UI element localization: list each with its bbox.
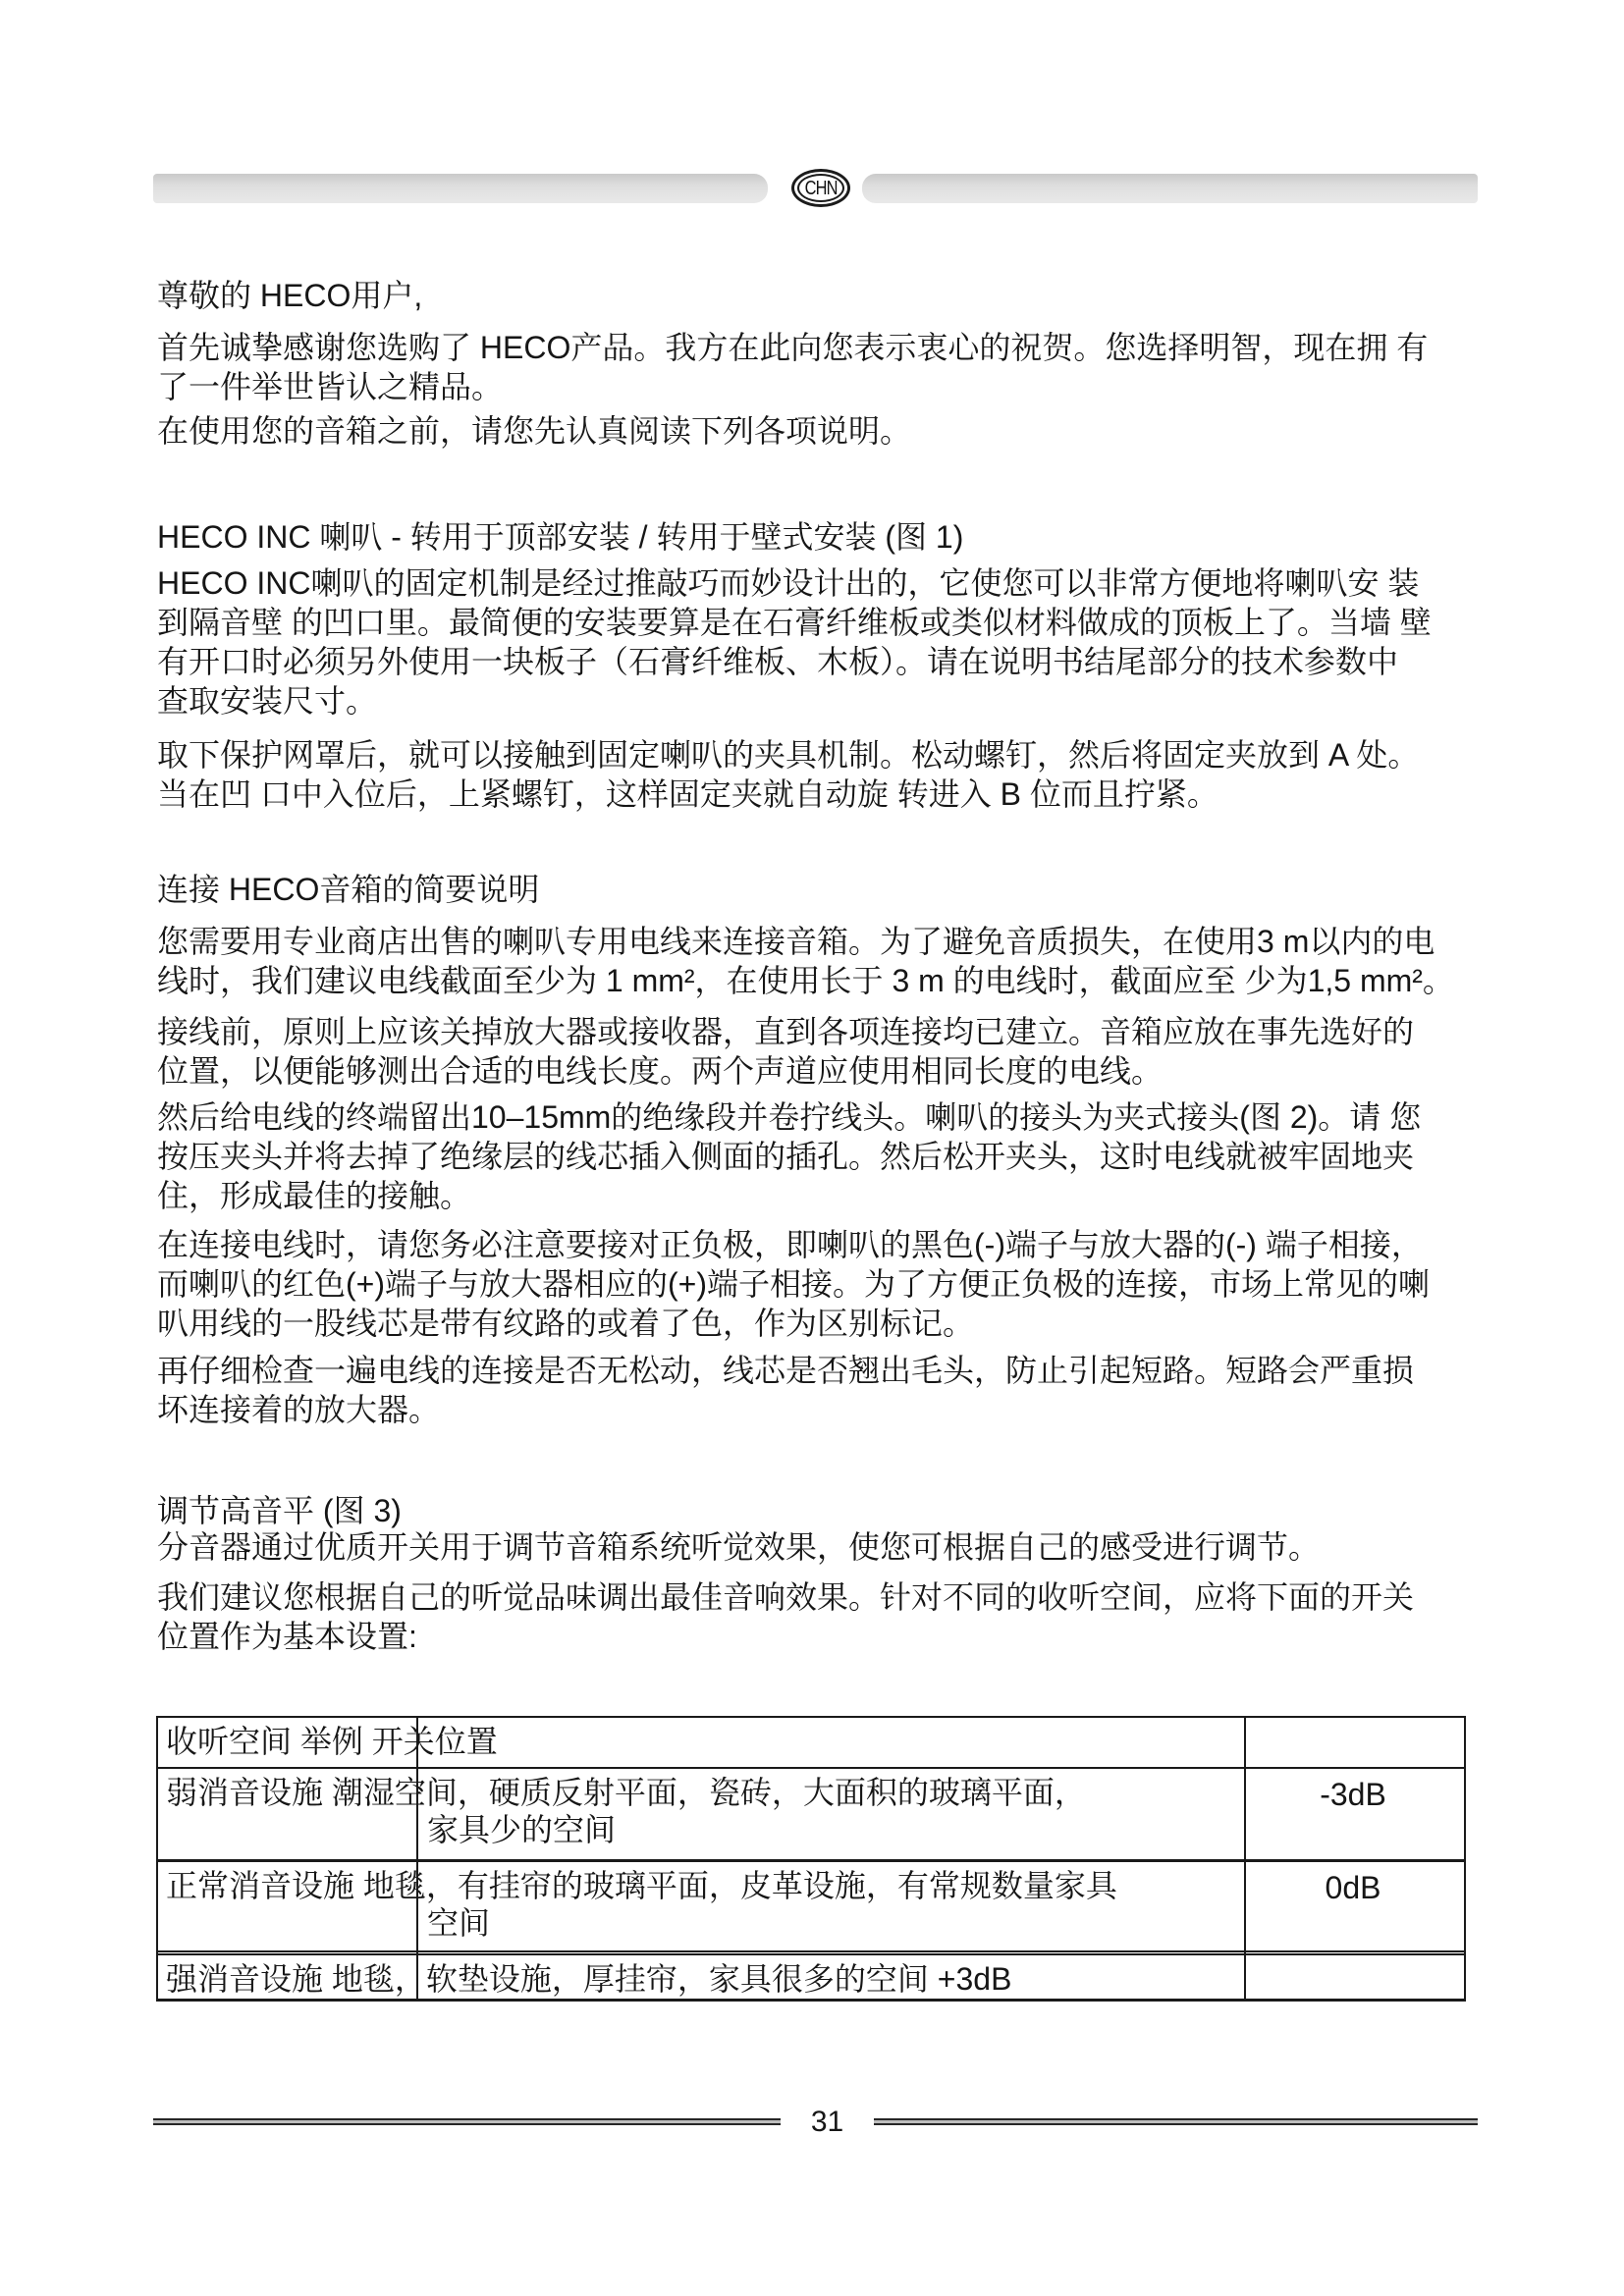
table-row: 正常消音设施 地毯，有挂帘的玻璃平面，皮革设施，有常规数量家具 空间 0dB (158, 1862, 1464, 1955)
connect-paragraph-3: 然后给电线的终端留出10–15mm的绝缘段并卷拧线头。喇叭的接头为夹式接头(图 … (157, 1097, 1492, 1215)
treble-section-heading: 调节高音平 (图 3) (157, 1491, 1492, 1530)
header-rule-left (153, 174, 768, 203)
intro-paragraph: 首先诚挚感谢您选购了 HECO产品。我方在此向您表示衷心的祝贺。您选择明智，现在… (157, 328, 1492, 406)
table-row: 弱消音设施 潮湿空间，硬质反射平面，瓷砖，大面积的玻璃平面， 家具少的空间 -3… (158, 1769, 1464, 1862)
row-text-line1: 弱消音设施 潮湿空间，硬质反射平面，瓷砖，大面积的玻璃平面， (166, 1773, 1086, 1812)
install-section-heading: HECO INC 喇叭 - 转用于顶部安装 / 转用于壁式安装 (图 1) (157, 517, 1492, 557)
table-row: 强消音设施 地毯，软垫设施，厚挂帘，家具很多的空间 +3dB (158, 1955, 1464, 2003)
manual-page: CHN 尊敬的 HECO用户, 首先诚挚感谢您选购了 HECO产品。我方在此向您… (0, 0, 1624, 2296)
connect-paragraph-1: 您需要用专业商店出售的喇叭专用电线来连接音箱。为了避免音质损失，在使用3 m以内… (157, 922, 1492, 1000)
connect-paragraph-4: 在连接电线时，请您务必注意要接对正负极，即喇叭的黑色(-)端子与放大器的(-) … (157, 1225, 1492, 1343)
header-rule-right (862, 174, 1478, 203)
read-notice-paragraph: 在使用您的音箱之前，请您先认真阅读下列各项说明。 (157, 411, 1492, 451)
row-text-line2: 家具少的空间 (427, 1810, 616, 1849)
table-column-divider (416, 1718, 418, 1999)
row-db-value: 0dB (1244, 1868, 1462, 1907)
chn-language-badge-ring: CHN (797, 174, 844, 202)
row-text-line1: 正常消音设施 地毯，有挂帘的玻璃平面，皮革设施，有常规数量家具 (166, 1866, 1117, 1905)
chn-language-badge-label: CHN (804, 179, 837, 198)
row-db-value: -3dB (1244, 1775, 1462, 1814)
connect-paragraph-2: 接线前，原则上应该关掉放大器或接收器，直到各项连接均已建立。音箱应放在事先选好的… (157, 1012, 1492, 1091)
chn-language-badge: CHN (791, 169, 850, 207)
row-text-line1: 强消音设施 地毯，软垫设施，厚挂帘，家具很多的空间 +3dB (166, 1959, 1011, 1999)
treble-paragraph-2: 我们建议您根据自己的听觉品味调出最佳音响效果。针对不同的收听空间，应将下面的开关… (157, 1577, 1492, 1656)
table-value-column-divider (1244, 1718, 1246, 1999)
switch-position-table: 收听空间 举例 开关位置 弱消音设施 潮湿空间，硬质反射平面，瓷砖，大面积的玻璃… (156, 1716, 1466, 2002)
install-paragraph-2: 取下保护网罩后，就可以接触到固定喇叭的夹具机制。松动螺钉，然后将固定夹放到 A … (157, 735, 1492, 814)
row-text-line2: 空间 (427, 1903, 490, 1943)
connect-paragraph-5: 再仔细检查一遍电线的连接是否无松动，线芯是否翘出毛头，防止引起短路。短路会严重损… (157, 1351, 1492, 1429)
page-number: 31 (781, 2106, 874, 2139)
treble-paragraph-1: 分音器通过优质开关用于调节音箱系统听觉效果，使您可根据自己的感受进行调节。 (157, 1527, 1492, 1567)
install-paragraph-1: HECO INC喇叭的固定机制是经过推敲巧而妙设计出的，它使您可以非常方便地将喇… (157, 563, 1492, 721)
connect-section-heading: 连接 HECO音箱的简要说明 (157, 870, 1492, 909)
table-header-label: 收听空间 举例 开关位置 (166, 1722, 498, 1761)
footer-rule-left (153, 2118, 781, 2125)
salutation: 尊敬的 HECO用户, (157, 276, 1492, 315)
footer-rule-right (874, 2118, 1478, 2125)
table-header-row: 收听空间 举例 开关位置 (158, 1718, 1464, 1769)
